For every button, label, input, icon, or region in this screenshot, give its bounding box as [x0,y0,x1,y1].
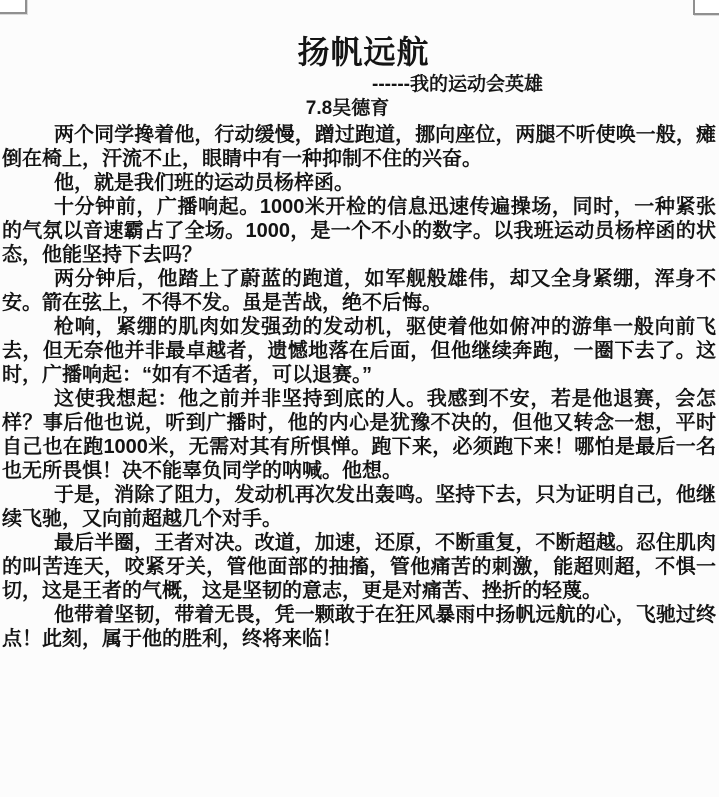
window-corner-fragment-right [693,0,719,15]
essay-paragraph: 两分钟后，他踏上了蔚蓝的跑道，如军舰般雄伟，却又全身紧绷，浑身不安。箭在弦上，不… [2,267,716,315]
essay-paragraph: 他带着坚韧，带着无畏，凭一颗敢于在狂风暴雨中扬帆远航的心，飞驰过终点！此刻，属于… [2,603,716,651]
essay-title: 扬帆远航 [4,34,719,71]
window-corner-fragment-left [0,0,27,14]
essay-paragraph: 这使我想起：他之前并非坚持到底的人。我感到不安，若是他退赛，会怎样？事后他也说，… [2,387,716,483]
essay-paragraph: 最后半圈，王者对决。改道，加速，还原，不断重复，不断超越。忍住肌肉的叫苦连天，咬… [2,531,716,603]
essay-paragraph: 枪响，紧绷的肌肉如发强劲的发动机，驱使着他如俯冲的游隼一般向前飞去，但无奈他并非… [2,315,716,387]
essay-paragraph: 他，就是我们班的运动员杨梓函。 [2,171,716,195]
essay-subtitle: ------我的运动会英雄 [372,74,543,95]
essay-byline-row: 7.8吴德育 [0,97,719,121]
essay-paragraph: 于是，消除了阻力，发动机再次发出轰鸣。坚持下去，只为证明自己，他继续飞驰，又向前… [2,483,716,531]
essay-byline: 7.8吴德育 [306,98,389,119]
essay-body: 两个同学搀着他，行动缓慢，蹭过跑道，挪向座位，两腿不听使唤一般，瘫倒在椅上，汗流… [0,123,719,651]
essay-subtitle-row: ------我的运动会英雄 [0,73,719,97]
essay-paragraph: 两个同学搀着他，行动缓慢，蹭过跑道，挪向座位，两腿不听使唤一般，瘫倒在椅上，汗流… [2,123,716,171]
essay-paragraph: 十分钟前，广播响起。1000米开检的信息迅速传遍操场，同时，一种紧张的气氛以音速… [2,195,716,267]
document-page: 扬帆远航 ------我的运动会英雄 7.8吴德育 两个同学搀着他，行动缓慢，蹭… [0,0,719,797]
